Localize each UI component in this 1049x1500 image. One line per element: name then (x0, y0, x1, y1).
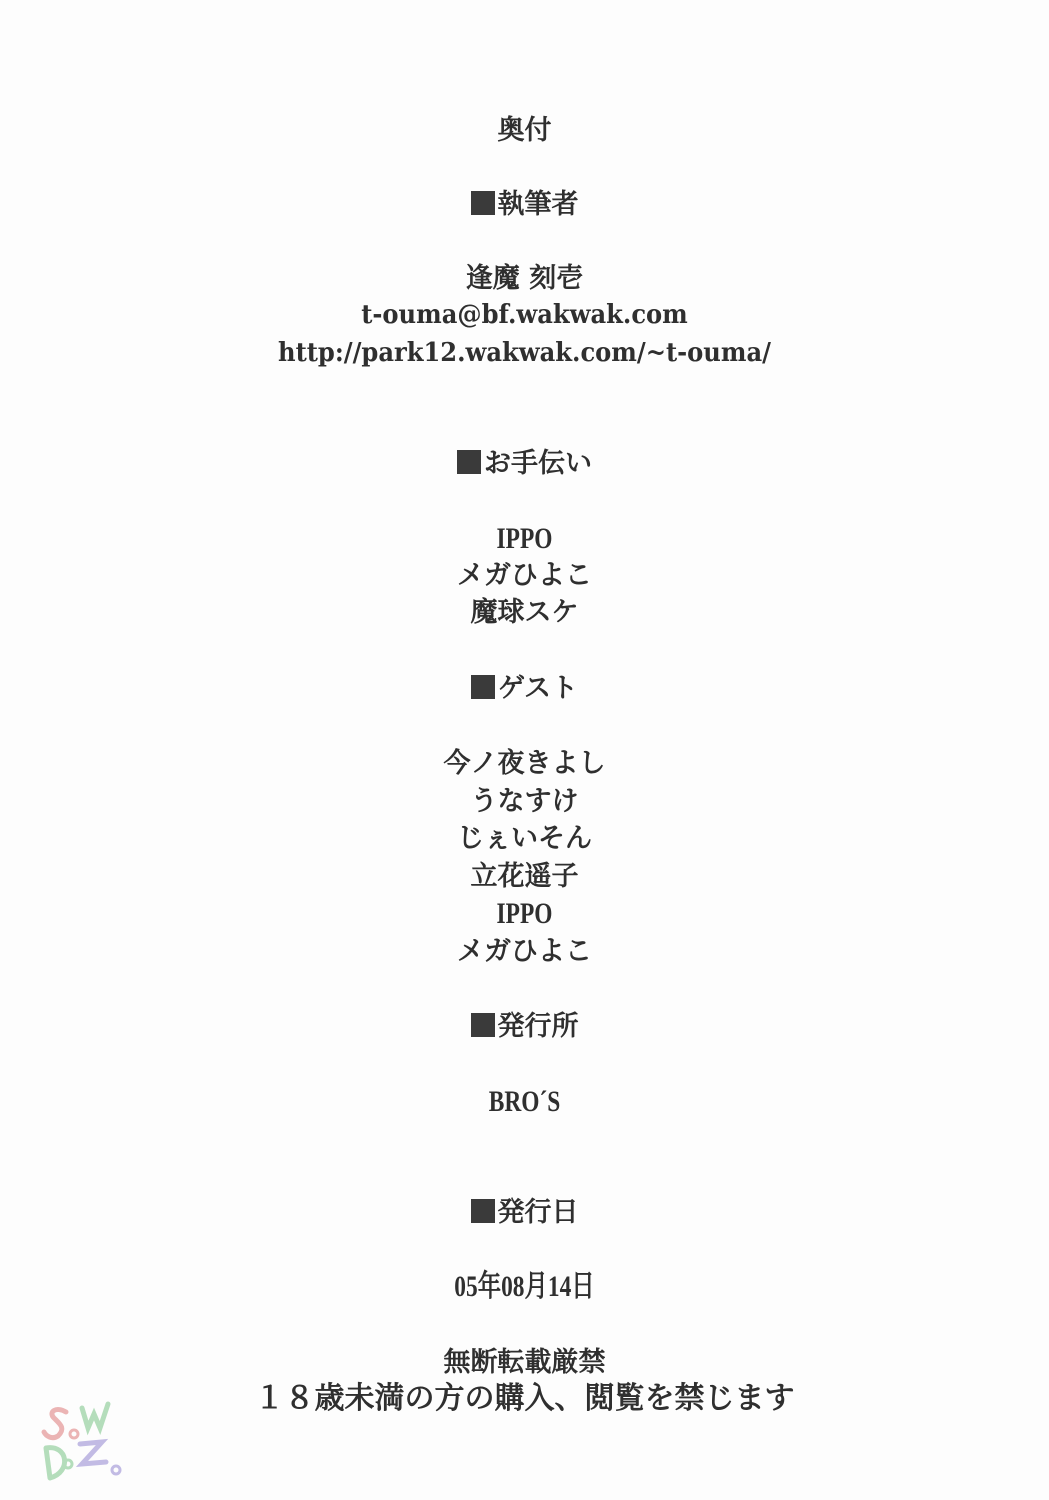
author-name: 逢魔 刻壱 (0, 265, 1049, 292)
author-url: http://park12.wakwak.com/~t-ouma/ (37, 340, 1013, 366)
section-heading-assistants: お手伝い (0, 450, 1049, 477)
notice-age-restriction: １８歳未満の方の購入、閲覧を禁じます (0, 1384, 1049, 1414)
guest-item: うなすけ (0, 788, 1049, 815)
section-heading-guests: ゲスト (0, 675, 1049, 702)
publisher-name: BRO´S (115, 1087, 933, 1117)
square-bullet-icon (471, 1013, 495, 1037)
guest-item: メガひよこ (0, 938, 1049, 965)
assistant-item: 魔球スケ (0, 599, 1049, 626)
section-heading-publish-date: 発行日 (0, 1199, 1049, 1226)
watermark-logo (28, 1398, 138, 1483)
guest-item: IPPO (115, 899, 933, 929)
square-bullet-icon (471, 675, 495, 699)
square-bullet-icon (471, 1199, 495, 1223)
section-heading-publisher: 発行所 (0, 1013, 1049, 1040)
assistant-item: IPPO (115, 524, 933, 554)
guest-item: 今ノ夜きよし (0, 750, 1049, 777)
section-heading-author: 執筆者 (0, 191, 1049, 218)
square-bullet-icon (457, 450, 481, 474)
guest-item: 立花遥子 (0, 863, 1049, 890)
notice-no-reprint: 無断転載厳禁 (0, 1349, 1049, 1376)
square-bullet-icon (471, 191, 495, 215)
page-title: 奥付 (0, 117, 1049, 144)
publish-date: 05年08月14日 (115, 1272, 933, 1302)
author-email: t-ouma@bf.wakwak.com (37, 302, 1013, 328)
assistant-item: メガひよこ (0, 562, 1049, 589)
guest-item: じぇいそん (0, 825, 1049, 852)
